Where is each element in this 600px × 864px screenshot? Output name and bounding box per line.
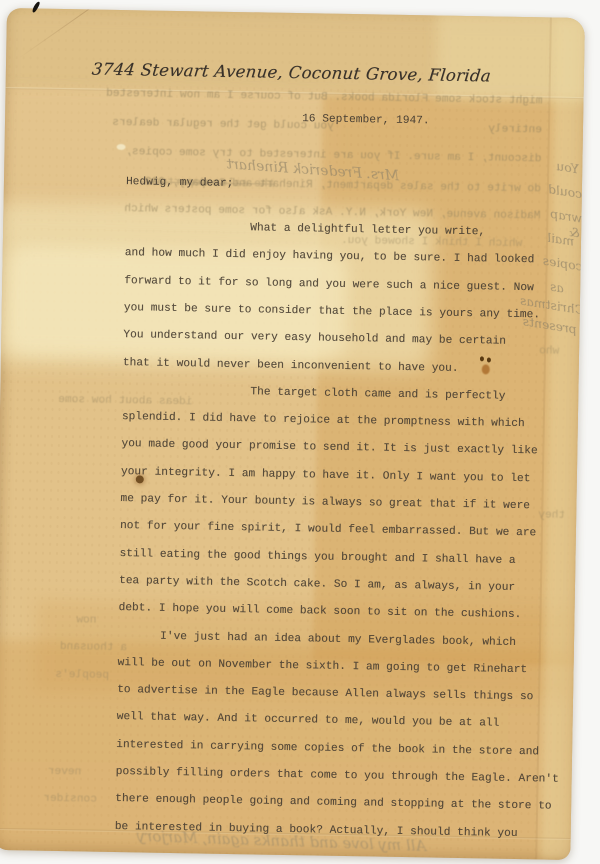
bleedthrough-margin-word: You	[555, 158, 580, 176]
bleedthrough-fragment: consider	[43, 793, 97, 806]
typed-line: you must be sure to consider that the pl…	[124, 302, 540, 321]
typed-line: not for your fine spirit, I would feel e…	[120, 520, 536, 539]
fold-crease-diagonal	[18, 8, 162, 59]
typed-line: you made good your promise to send it. I…	[121, 438, 537, 457]
scan-background: Mrs. Frederick Rinehart All my love and …	[0, 0, 600, 864]
typed-line: interested in carrying some copies of th…	[116, 739, 539, 758]
typed-line: What a delightful letter you write,	[250, 222, 485, 238]
fold-crease-top	[6, 87, 584, 99]
typed-line: possibly filling orders that come to you…	[116, 766, 559, 786]
typed-line: there enough people going and coming and…	[115, 793, 552, 813]
typed-line: forward to it for so long and you were s…	[124, 275, 534, 294]
typed-line: will be out on November the sixth. I am …	[117, 657, 527, 676]
bleedthrough-fragment: now	[76, 614, 96, 626]
bleedthrough-typed-line: might stock some Florida books. But of c…	[60, 87, 542, 107]
bleedthrough-fragment: people's	[55, 669, 109, 682]
typed-line: The target cloth came and is perfectly	[250, 386, 505, 402]
bleedthrough-typed-line: entirely you could get the regular deale…	[60, 116, 542, 136]
typed-line: well that way. And it occurred to me, wo…	[117, 711, 500, 730]
paper-shading-topright	[435, 10, 584, 103]
letterhead-address: 3744 Stewart Avenue, Coconut Grove, Flor…	[91, 60, 492, 86]
bleedthrough-margin-word: could	[547, 181, 583, 201]
bleedthrough-fragment: never	[48, 766, 82, 779]
typed-line: me pay for it. Your bounty is always so …	[120, 493, 530, 512]
date-line: 16 September, 1947.	[302, 113, 430, 127]
typed-line: I've just had an idea about my Everglade…	[160, 630, 516, 648]
bleedthrough-handwritten-name: Mrs. Frederick Rinehart	[226, 156, 400, 184]
typed-line: be interested in buying a book? Actually…	[115, 821, 518, 840]
typed-line: tea party with the Scotch cake. So I am,…	[119, 575, 515, 594]
salutation: Hedwig, my dear;	[126, 176, 234, 190]
paper-shading-top	[6, 8, 585, 96]
typed-line: that it would never been inconvenient to…	[123, 357, 459, 375]
typed-line: You understand our very easy household a…	[123, 329, 506, 348]
paper-fleck-stain	[117, 144, 126, 150]
typed-line: splendid. I did have to rejoice at the p…	[122, 411, 525, 430]
typed-line: debt. I hope you will come back soon to …	[118, 602, 521, 621]
typed-line: your integrity. I am happy to have it. O…	[121, 466, 531, 485]
letter-paper: Mrs. Frederick Rinehart All my love and …	[0, 8, 585, 860]
typed-line: to advertise in the Eagle because Allen …	[117, 684, 533, 703]
bleedthrough-typed-line: discount, I am sure. If you are interest…	[59, 145, 541, 165]
typed-line: and how much I did enjoy having you, to …	[125, 247, 535, 266]
typed-line: still eating the good things you brought…	[119, 548, 515, 567]
letter-body: What a delightful letter you write,and h…	[114, 220, 565, 848]
paper-shading-mid	[3, 86, 335, 222]
